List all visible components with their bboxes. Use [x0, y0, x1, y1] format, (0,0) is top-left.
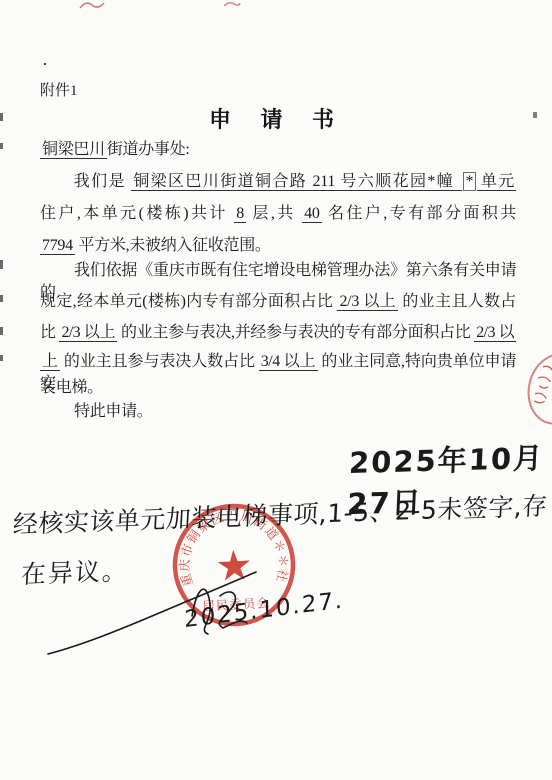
p2l4-text: 的业主且参与表决人数占比 [60, 353, 259, 370]
masked-unit-number: * [463, 172, 477, 191]
scan-artifact [0, 327, 3, 335]
paragraph1-line1: 我们是 铜梁区巴川街道铜合路 211 号六顺花园*幢 *单元 [40, 171, 516, 193]
resident-count-underlined: 40 [302, 205, 321, 223]
scanned-application-document: · 附件1 申 请 书 铜梁巴川街道办事处: 我们是 铜梁区巴川街道铜合路 21… [0, 0, 552, 780]
salutation-line: 铜梁巴川街道办事处: [40, 139, 516, 161]
p1l2-text: 名住户,专有部分面积共 [322, 205, 516, 222]
red-pen-mark-top-right [222, 0, 242, 8]
scan-artifact [0, 113, 3, 121]
salutation-underlined: 铜梁巴川 [40, 141, 107, 159]
p1l3-text: 平方米,未被纳入征收范围。 [75, 237, 271, 254]
ratio-continuation-underlined: 上 [40, 353, 60, 371]
ratio-underlined: 2/3 以 [474, 324, 516, 342]
floor-count-underlined: 8 [234, 205, 246, 223]
paragraph2-line5: 装电梯。 [40, 377, 516, 399]
salutation-rest: 街道办事处: [107, 141, 190, 158]
address-underlined: 铜梁区巴川街道铜合路 211 号六顺花园*幢 [131, 173, 461, 191]
ratio-underlined: 2/3 以上 [59, 324, 117, 342]
p1l2-text: 层,共 [246, 205, 302, 222]
stray-dot: · [42, 54, 48, 75]
page-title: 申 请 书 [0, 103, 552, 134]
p1l2-text: 住户,本单元(楼栋)共计 [40, 205, 234, 222]
partial-stamp-marks [527, 358, 552, 412]
red-pen-mark-top-left [78, 0, 108, 10]
p2l2-text: 规定,经本单元(楼栋)内专有部分面积占比 [40, 293, 337, 310]
paragraph1-line3: 7794 平方米,未被纳入征收范围。 [40, 235, 516, 257]
ratio-underlined: 2/3 以上 [337, 293, 398, 311]
scan-artifact [0, 355, 3, 361]
attachment-label: 附件1 [40, 79, 78, 100]
closing-line: 特此申请。 [40, 401, 516, 423]
paragraph2-line3: 比 2/3 以上 的业主参与表决,并经参与表决的专有部分面积占比 2/3 以 [40, 322, 516, 344]
reviewer-signature [42, 560, 262, 660]
ratio-underlined: 3/4 以上 [259, 353, 318, 371]
address-tail-underlined: 单元 [477, 173, 516, 191]
scan-artifact [0, 260, 3, 269]
scan-artifact [0, 143, 3, 149]
area-value-underlined: 7794 [40, 237, 75, 255]
paragraph1-line2: 住户,本单元(楼栋)共计 8 层,共 40 名住户,专有部分面积共 [40, 203, 516, 225]
paragraph2-line2: 规定,经本单元(楼栋)内专有部分面积占比 2/3 以上 的业主且人数占 [40, 291, 516, 313]
partial-stamp-right-edge [520, 347, 552, 431]
p2l2-text: 的业主且人数占 [398, 293, 516, 310]
p2l3-text: 比 [40, 324, 59, 341]
scan-artifact [0, 295, 3, 302]
p2l3-text: 的业主参与表决,并经参与表决的专有部分面积占比 [117, 324, 474, 341]
p1-lead: 我们是 [72, 173, 131, 190]
